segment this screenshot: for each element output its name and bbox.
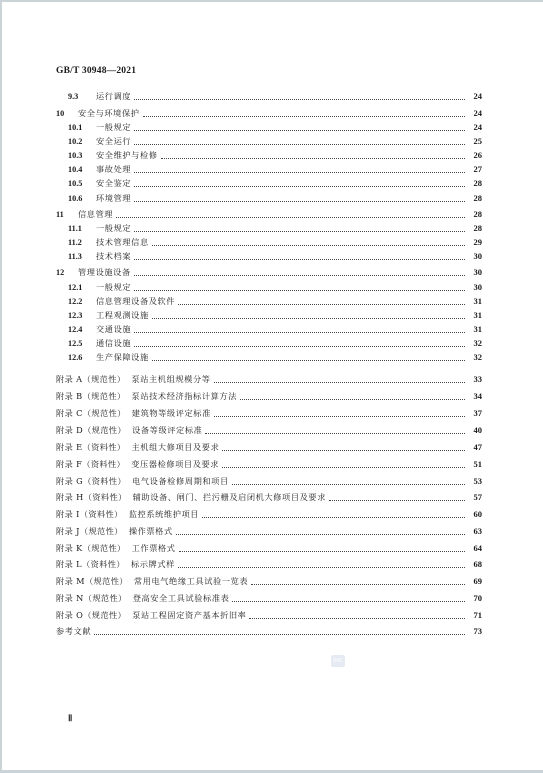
toc-entry-11-1[interactable]: 11.1 一般规定 28 xyxy=(56,222,482,235)
dot-leader xyxy=(134,331,465,333)
appendix-title: 操作票格式 xyxy=(129,525,173,538)
toc-number: 10.2 xyxy=(68,135,96,148)
toc-page: 71 xyxy=(468,609,482,622)
toc-appendix-n[interactable]: 附录 N（规范性） 登高安全工具试验标准表 70 xyxy=(56,592,482,605)
toc-page: 69 xyxy=(468,575,482,588)
toc-page: 30 xyxy=(468,281,482,294)
toc-title: 一般规定 xyxy=(96,222,131,235)
appendix-label: 附录 F（资料性） xyxy=(56,458,131,471)
toc-title: 交通设施 xyxy=(96,323,131,336)
toc-page: 70 xyxy=(468,592,482,605)
appendix-title: 变压器检修项目及要求 xyxy=(131,458,219,471)
toc-title: 一般规定 xyxy=(96,281,131,294)
appendix-label: 附录 E（资料性） xyxy=(56,441,132,454)
toc-appendix-l[interactable]: 附录 L（资料性） 标示牌式样 68 xyxy=(56,558,482,571)
toc-entry-11-3[interactable]: 11.3 技术档案 30 xyxy=(56,250,482,263)
toc-entry-10-3[interactable]: 10.3 安全维护与检修 26 xyxy=(56,149,482,162)
toc-page: 25 xyxy=(468,135,482,148)
toc-title: 信息管理设备及软件 xyxy=(96,295,175,308)
toc-entry-12-6[interactable]: 12.6 生产保障设施 32 xyxy=(56,351,482,364)
toc-number: 10.4 xyxy=(68,163,96,176)
appendix-label: 附录 L（资料性） xyxy=(56,558,131,571)
appendix-title: 工作票格式 xyxy=(132,542,176,555)
page-frame-left xyxy=(0,0,2,773)
dot-leader xyxy=(134,230,465,232)
appendix-label: 附录 K（规范性） xyxy=(56,542,132,555)
appendix-title: 设备等级评定标准 xyxy=(132,424,202,437)
dot-leader xyxy=(134,98,465,100)
toc-number: 11.1 xyxy=(68,222,96,235)
dot-leader xyxy=(202,516,465,518)
dot-leader xyxy=(161,157,465,159)
toc-entry-10-5[interactable]: 10.5 安全鉴定 28 xyxy=(56,177,482,190)
dot-leader xyxy=(134,171,465,173)
dot-leader xyxy=(222,466,465,468)
toc-bibliography[interactable]: 参考文献 73 xyxy=(56,625,482,638)
toc-number: 10.1 xyxy=(68,121,96,134)
toc-page: 30 xyxy=(468,266,482,279)
toc-number: 12.3 xyxy=(68,309,96,322)
dot-leader xyxy=(134,200,465,202)
toc-page: 51 xyxy=(468,458,482,471)
toc-appendix-m[interactable]: 附录 M（规范性） 常用电气绝缘工具试验一览表 69 xyxy=(56,575,482,588)
toc-page: 53 xyxy=(468,475,482,488)
toc-entry-11-2[interactable]: 11.2 技术管理信息 29 xyxy=(56,236,482,249)
toc-number: 12.4 xyxy=(68,323,96,336)
toc-appendix-a[interactable]: 附录 A（规范性） 泵站主机组规模分等 33 xyxy=(56,373,482,386)
toc-page: 47 xyxy=(468,441,482,454)
appendix-title: 建筑物等级评定标准 xyxy=(132,407,211,420)
toc-page: 24 xyxy=(468,107,482,120)
toc-title: 运行调度 xyxy=(96,90,131,103)
toc-number: 9.3 xyxy=(68,90,96,103)
bibliography-title: 参考文献 xyxy=(56,625,91,638)
toc-number: 12 xyxy=(56,266,78,279)
toc-entry-12[interactable]: 12 管理设施设备 30 xyxy=(56,266,482,279)
dot-leader xyxy=(178,566,465,568)
dot-leader xyxy=(214,415,465,417)
appendix-label: 附录 M（规范性） xyxy=(56,575,134,588)
appendix-title: 泵站工程固定资产基本折旧率 xyxy=(132,609,246,622)
toc-title: 环境管理 xyxy=(96,192,131,205)
toc-title: 安全运行 xyxy=(96,135,131,148)
appendix-label: 附录 G（资料性） xyxy=(56,475,132,488)
toc-appendix-j[interactable]: 附录 J（规范性） 操作票格式 63 xyxy=(56,525,482,538)
appendix-label: 附录 N（规范性） xyxy=(56,592,133,605)
dot-leader xyxy=(179,550,465,552)
dot-leader xyxy=(222,449,465,451)
dot-leader xyxy=(143,115,465,117)
appendix-title: 常用电气绝缘工具试验一览表 xyxy=(134,575,248,588)
toc-appendix-o[interactable]: 附录 O（规范性） 泵站工程固定资产基本折旧率 71 xyxy=(56,609,482,622)
appendix-label: 附录 A（规范性） xyxy=(56,373,131,386)
toc-page: 28 xyxy=(468,192,482,205)
toc-page: 63 xyxy=(468,525,482,538)
dot-leader xyxy=(94,633,465,635)
dot-leader xyxy=(134,289,465,291)
toc-appendix-f[interactable]: 附录 F（资料性） 变压器检修项目及要求 51 xyxy=(56,458,482,471)
page-number: Ⅱ xyxy=(68,713,72,724)
dot-leader xyxy=(116,216,465,218)
toc-page: 64 xyxy=(468,542,482,555)
toc-title: 信息管理 xyxy=(78,208,113,221)
dot-leader xyxy=(152,359,465,361)
toc-title: 生产保障设施 xyxy=(96,351,149,364)
toc-page: 28 xyxy=(468,222,482,235)
toc-page: 31 xyxy=(468,295,482,308)
toc-title: 安全维护与检修 xyxy=(96,149,158,162)
toc-title: 技术档案 xyxy=(96,250,131,263)
toc-page: 30 xyxy=(468,250,482,263)
toc-appendix-e[interactable]: 附录 E（资料性） 主机组大修项目及要求 47 xyxy=(56,441,482,454)
sac-watermark-logo: SAC xyxy=(331,655,345,667)
toc-title: 管理设施设备 xyxy=(78,266,131,279)
toc-appendix-b[interactable]: 附录 B（规范性） 泵站技术经济指标计算方法 34 xyxy=(56,390,482,403)
appendix-title: 泵站技术经济指标计算方法 xyxy=(132,390,237,403)
toc-page: 31 xyxy=(468,309,482,322)
toc-title: 通信设施 xyxy=(96,337,131,350)
dot-leader xyxy=(134,143,465,145)
toc-page: 24 xyxy=(468,90,482,103)
appendix-label: 附录 H（资料性） xyxy=(56,491,133,504)
dot-leader xyxy=(152,244,465,246)
toc-page: 26 xyxy=(468,149,482,162)
toc-appendix-k[interactable]: 附录 K（规范性） 工作票格式 64 xyxy=(56,542,482,555)
toc-entry-10-1[interactable]: 10.1 一般规定 24 xyxy=(56,121,482,134)
dot-leader xyxy=(134,258,465,260)
toc-page: 29 xyxy=(468,236,482,249)
toc-page: 37 xyxy=(468,407,482,420)
toc-number: 10.5 xyxy=(68,177,96,190)
toc-page: 32 xyxy=(468,351,482,364)
toc-title: 技术管理信息 xyxy=(96,236,149,249)
toc-appendix-g[interactable]: 附录 G（资料性） 电气设备检修周期和项目 53 xyxy=(56,475,482,488)
toc-title: 安全与环境保护 xyxy=(78,107,140,120)
toc-entry-10-6[interactable]: 10.6 环境管理 28 xyxy=(56,192,482,205)
dot-leader xyxy=(214,381,465,383)
appendix-title: 主机组大修项目及要求 xyxy=(132,441,220,454)
toc-number: 11.3 xyxy=(68,250,96,263)
toc-page: 28 xyxy=(468,177,482,190)
appendix-label: 附录 C（规范性） xyxy=(56,407,132,420)
appendix-title: 登高安全工具试验标准表 xyxy=(133,592,230,605)
toc-title: 工程观测设施 xyxy=(96,309,149,322)
toc-page: 28 xyxy=(468,208,482,221)
toc-number: 12.5 xyxy=(68,337,96,350)
toc-number: 11 xyxy=(56,208,78,221)
toc-number: 12.2 xyxy=(68,295,96,308)
toc-number: 12.1 xyxy=(68,281,96,294)
dot-leader xyxy=(178,303,465,305)
toc-page: 32 xyxy=(468,337,482,350)
dot-leader xyxy=(251,583,465,585)
appendix-title: 电气设备检修周期和项目 xyxy=(132,475,229,488)
toc-page: 73 xyxy=(468,625,482,638)
appendix-label: 附录 D（规范性） xyxy=(56,424,132,437)
toc-title: 事故处理 xyxy=(96,163,131,176)
toc-entry-12-3[interactable]: 12.3 工程观测设施 31 xyxy=(56,309,482,322)
toc-appendix-h[interactable]: 附录 H（资料性） 辅助设备、闸门、拦污栅及启闭机大修项目及要求 57 xyxy=(56,491,482,504)
dot-leader xyxy=(249,617,465,619)
toc-page: 24 xyxy=(468,121,482,134)
standard-id-header: GB/T 30948—2021 xyxy=(56,66,136,76)
toc-number: 10 xyxy=(56,107,78,120)
dot-leader xyxy=(329,499,465,501)
appendix-title: 泵站主机组规模分等 xyxy=(131,373,210,386)
appendix-title: 监控系统维护项目 xyxy=(129,508,199,521)
toc-appendix-i[interactable]: 附录 I（资料性） 监控系统维护项目 60 xyxy=(56,508,482,521)
dot-leader xyxy=(205,432,465,434)
toc-page: 33 xyxy=(468,373,482,386)
toc-page: 68 xyxy=(468,558,482,571)
toc-entry-10[interactable]: 10 安全与环境保护 24 xyxy=(56,107,482,120)
dot-leader xyxy=(176,533,465,535)
dot-leader xyxy=(232,600,465,602)
toc-page: 27 xyxy=(468,163,482,176)
toc-number: 10.6 xyxy=(68,192,96,205)
toc-entry-12-2[interactable]: 12.2 信息管理设备及软件 31 xyxy=(56,295,482,308)
appendix-title: 辅助设备、闸门、拦污栅及启闭机大修项目及要求 xyxy=(133,491,326,504)
toc-number: 11.2 xyxy=(68,236,96,249)
appendix-label: 附录 O（规范性） xyxy=(56,609,132,622)
toc-page: 60 xyxy=(468,508,482,521)
appendix-label: 附录 I（资料性） xyxy=(56,508,129,521)
toc-title: 一般规定 xyxy=(96,121,131,134)
toc-number: 12.6 xyxy=(68,351,96,364)
dot-leader xyxy=(232,483,465,485)
dot-leader xyxy=(240,398,465,400)
toc-page: 31 xyxy=(468,323,482,336)
toc-entry-12-5[interactable]: 12.5 通信设施 32 xyxy=(56,337,482,350)
toc-page: 57 xyxy=(468,491,482,504)
appendix-label: 附录 B（规范性） xyxy=(56,390,132,403)
dot-leader xyxy=(134,274,465,276)
toc-entry-12-4[interactable]: 12.4 交通设施 31 xyxy=(56,323,482,336)
dot-leader xyxy=(134,345,465,347)
dot-leader xyxy=(134,129,465,131)
dot-leader xyxy=(134,185,465,187)
page-frame-top xyxy=(0,0,543,2)
toc-title: 安全鉴定 xyxy=(96,177,131,190)
toc-entry-9-3[interactable]: 9.3 运行调度 24 xyxy=(56,90,482,103)
toc-appendix-c[interactable]: 附录 C（规范性） 建筑物等级评定标准 37 xyxy=(56,407,482,420)
toc-entry-11[interactable]: 11 信息管理 28 xyxy=(56,208,482,221)
dot-leader xyxy=(152,317,465,319)
appendix-title: 标示牌式样 xyxy=(131,558,175,571)
toc-entry-10-2[interactable]: 10.2 安全运行 25 xyxy=(56,135,482,148)
toc-entry-12-1[interactable]: 12.1 一般规定 30 xyxy=(56,281,482,294)
toc-page: 34 xyxy=(468,390,482,403)
toc-page: 40 xyxy=(468,424,482,437)
toc-entry-10-4[interactable]: 10.4 事故处理 27 xyxy=(56,163,482,176)
toc-appendix-d[interactable]: 附录 D（规范性） 设备等级评定标准 40 xyxy=(56,424,482,437)
appendix-label: 附录 J（规范性） xyxy=(56,525,129,538)
toc-number: 10.3 xyxy=(68,149,96,162)
